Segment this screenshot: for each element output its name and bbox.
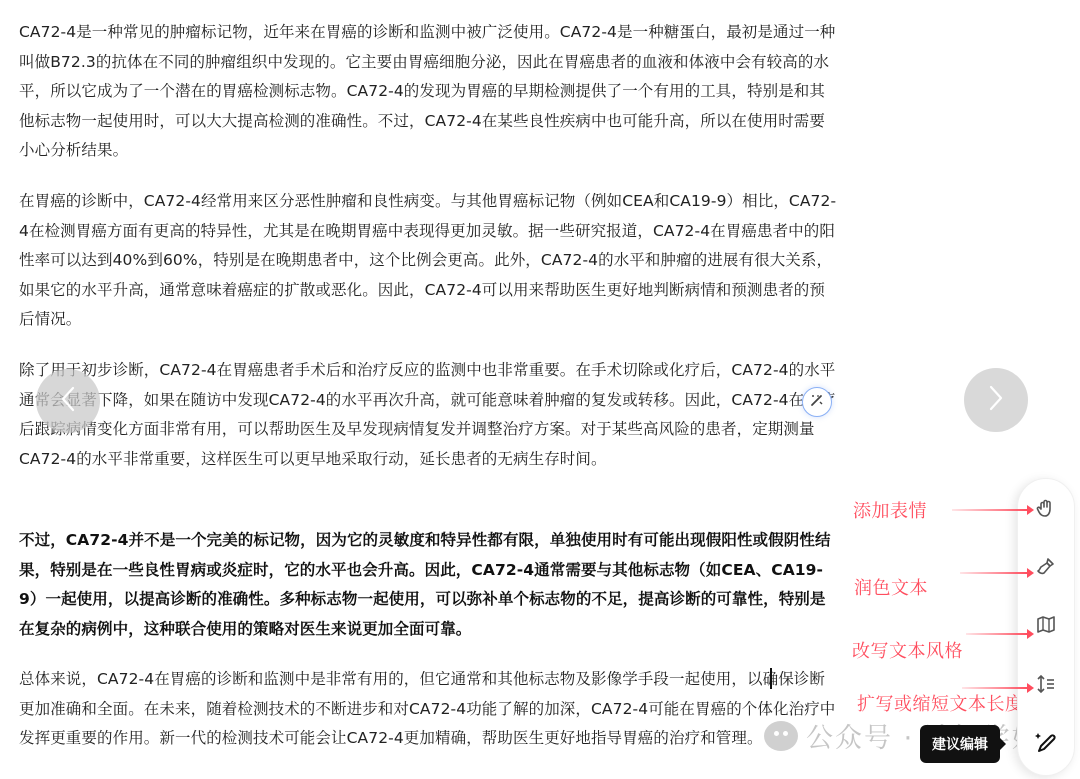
prev-slide-button[interactable] <box>36 369 100 433</box>
ai-assist-button[interactable] <box>802 387 832 417</box>
add-emoji-button[interactable] <box>1032 496 1060 524</box>
pencil-sparkle-icon <box>1033 730 1059 760</box>
book-icon <box>1035 614 1057 640</box>
paragraph-limitations: 不过，CA72-4并不是一个完美的标记物，因为它的灵敏度和特异性都有限，单独使用… <box>19 526 839 644</box>
magic-wand-icon <box>809 392 825 412</box>
tooltip-text: 建议编辑 <box>932 734 988 754</box>
rewrite-style-button[interactable] <box>1032 613 1060 641</box>
annotation-rewrite-style: 改写文本风格 <box>852 637 963 663</box>
chevron-left-icon <box>57 384 79 418</box>
paragraph-summary: 总体来说，CA72-4在胃癌的诊断和监测中是非常有用的，但它通常和其他标志物及影… <box>19 665 839 754</box>
annotation-polish-text: 润色文本 <box>854 574 928 600</box>
text-cursor <box>770 668 772 689</box>
annotation-arrow <box>962 687 1028 689</box>
paragraph-diagnosis: 在胃癌的诊断中，CA72-4经常用来区分恶性肿瘤和良性病变。与其他胃癌标记物（例… <box>19 187 839 335</box>
hand-emoji-icon <box>1035 497 1057 523</box>
annotation-arrow <box>966 633 1028 635</box>
annotation-arrow <box>960 572 1028 574</box>
chevron-right-icon <box>985 383 1007 417</box>
paragraph-intro: CA72-4是一种常见的肿瘤标记物，近年来在胃癌的诊断和监测中被广泛使用。CA7… <box>19 18 839 166</box>
paintbrush-icon <box>1035 556 1057 582</box>
wechat-logo-icon <box>764 721 798 751</box>
suggest-edit-tooltip: 建议编辑 <box>920 725 1000 763</box>
adjust-length-icon <box>1035 673 1057 699</box>
suggest-edit-button[interactable] <box>1032 731 1060 759</box>
annotation-arrow <box>952 509 1028 511</box>
paragraph-monitoring: 除了用于初步诊断，CA72-4在胃癌患者手术后和治疗反应的监测中也非常重要。在手… <box>19 356 839 474</box>
writing-tools-toolbar <box>1017 478 1075 776</box>
annotation-adjust-length: 扩写或缩短文本长度 <box>857 690 1024 716</box>
polish-text-button[interactable] <box>1032 555 1060 583</box>
next-slide-button[interactable] <box>964 368 1028 432</box>
annotation-add-emoji: 添加表情 <box>853 497 927 523</box>
adjust-length-button[interactable] <box>1032 672 1060 700</box>
